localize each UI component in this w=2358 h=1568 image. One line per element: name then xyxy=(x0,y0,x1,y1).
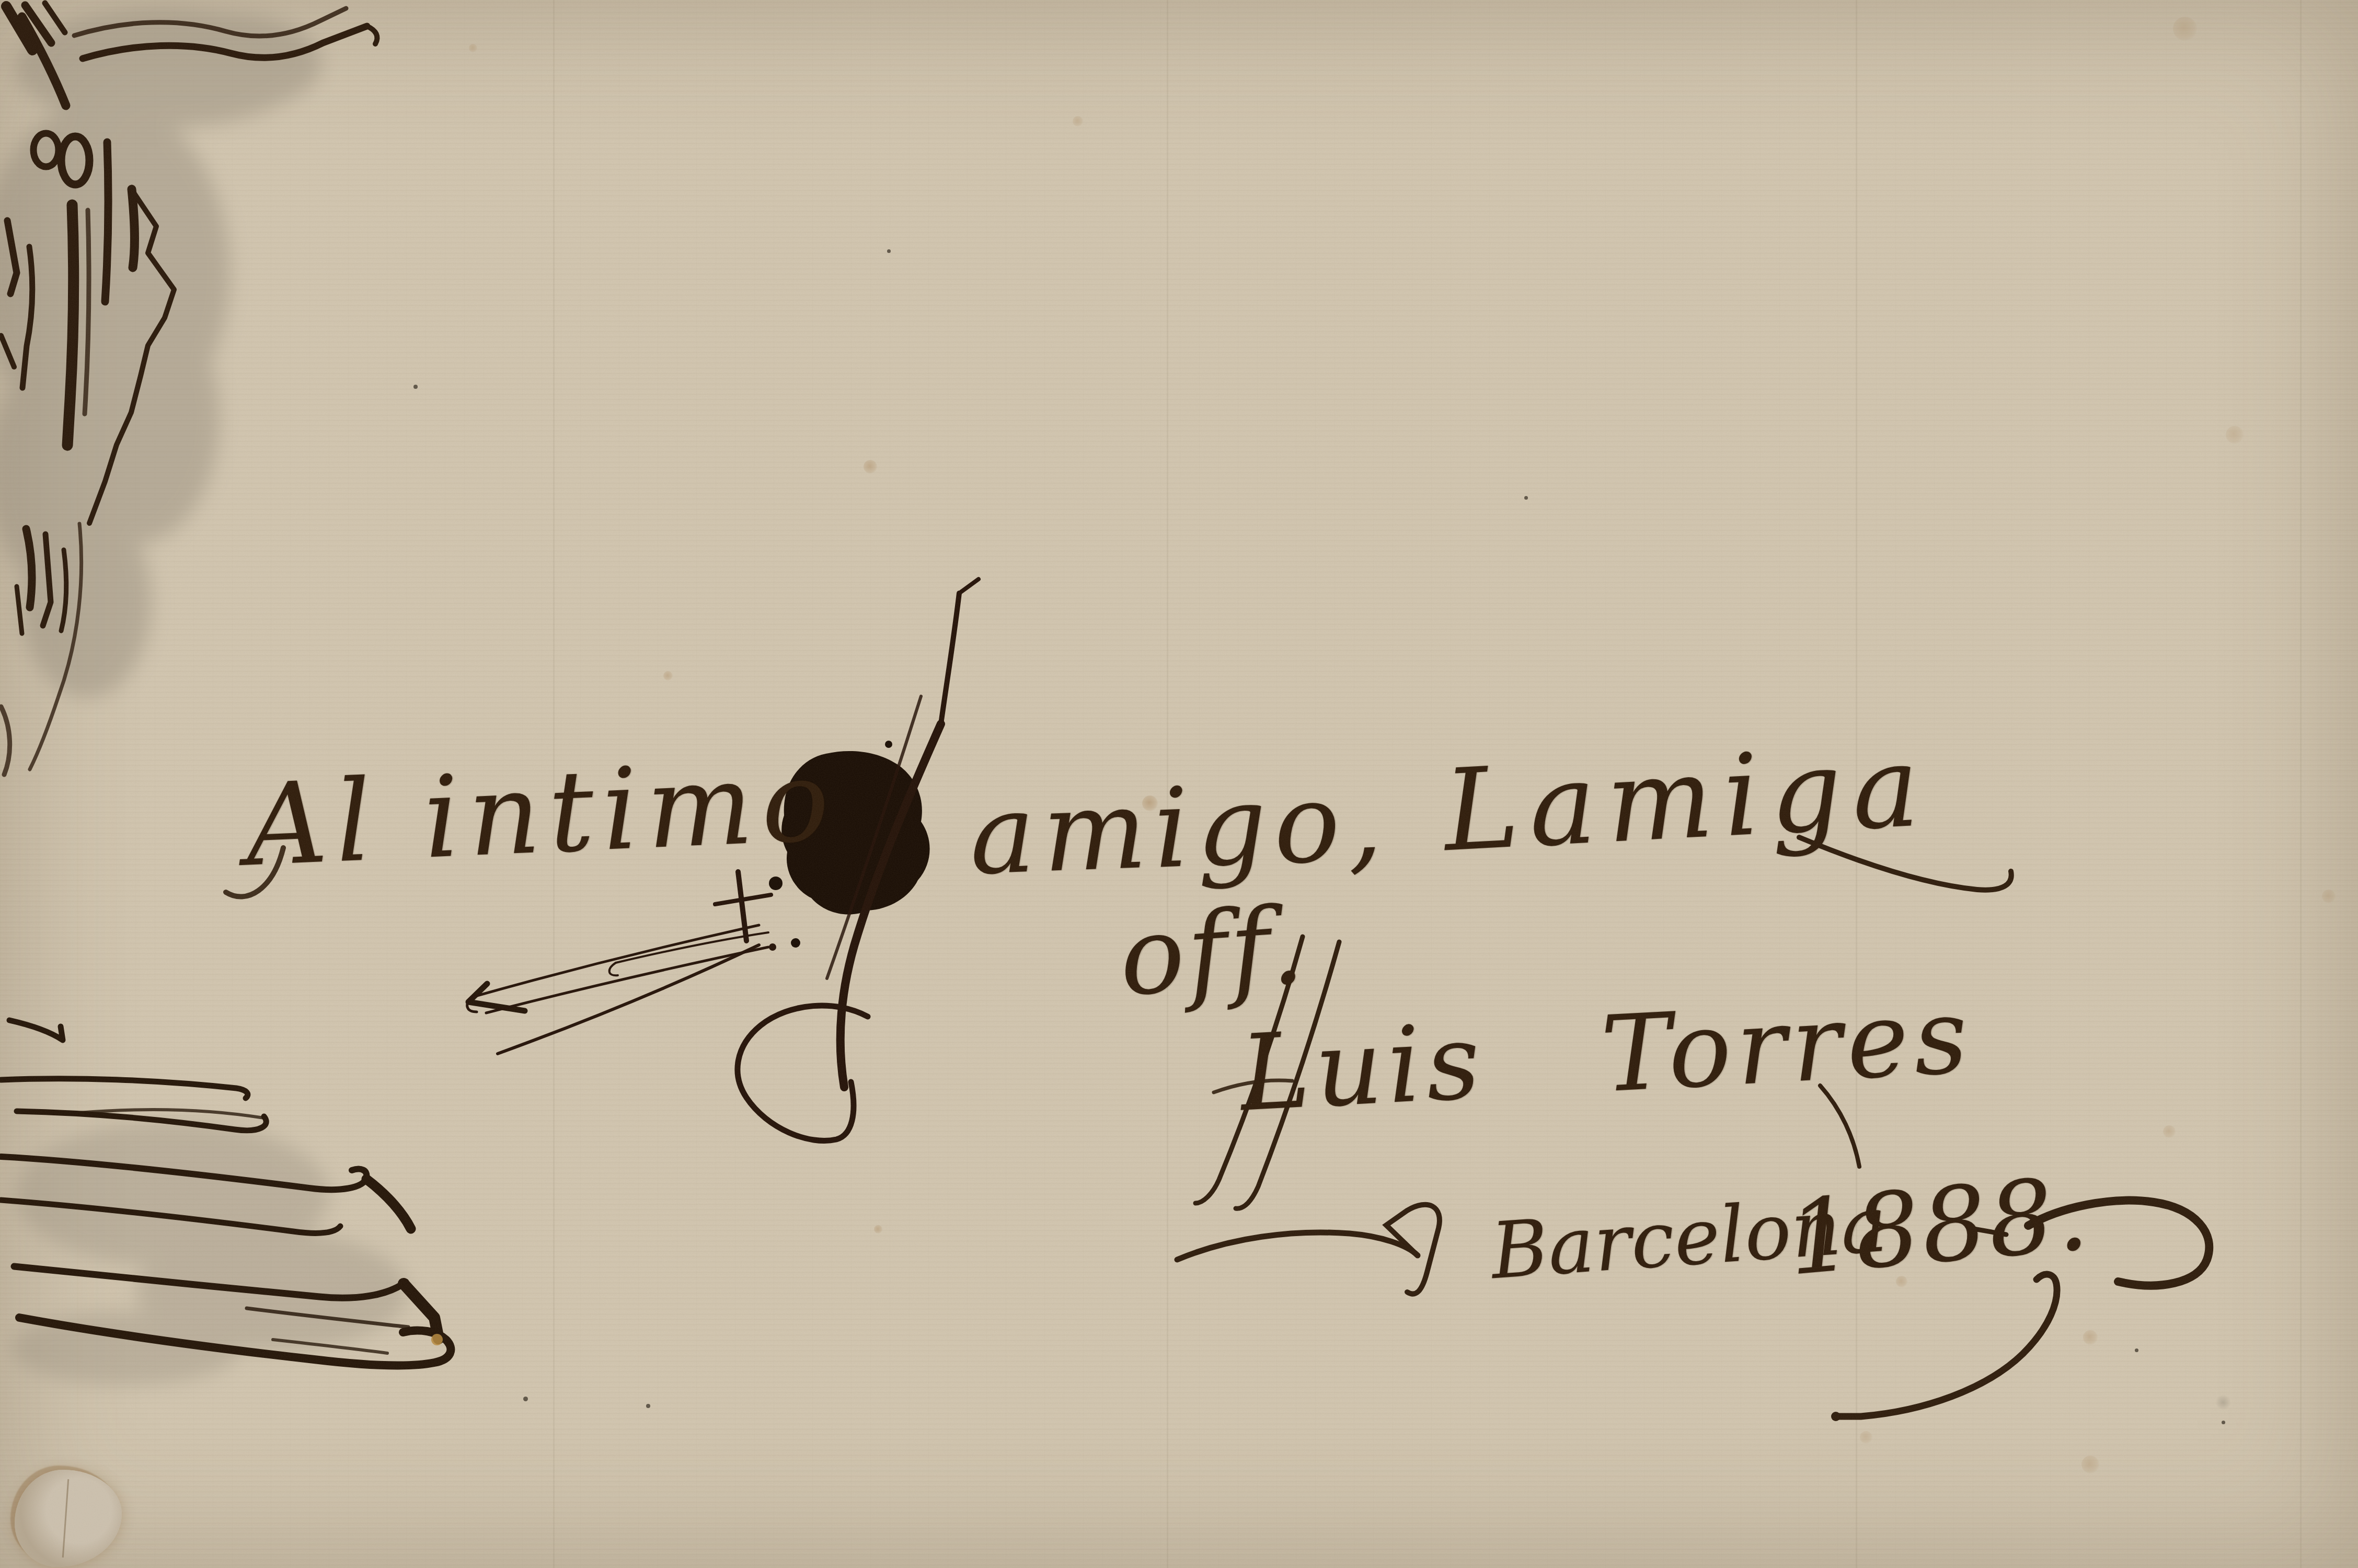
gray-smudge xyxy=(2215,1394,2231,1410)
ink-speck xyxy=(413,385,418,389)
foxing-spot xyxy=(2226,426,2244,444)
paper-crack xyxy=(62,1479,69,1558)
foxing-spot xyxy=(469,44,477,52)
ink-speck xyxy=(646,1404,650,1408)
inscription-line1-mid: amigo, xyxy=(968,757,1391,900)
ink-speck xyxy=(887,249,891,253)
inscription-line1-left: Al intimo xyxy=(243,734,840,891)
ink-speck xyxy=(2222,1421,2225,1424)
ink-speck xyxy=(2135,1348,2138,1352)
foxing-spot xyxy=(864,460,877,474)
foxing-spot xyxy=(2083,1330,2098,1345)
inscription-line1-right: Lamiga xyxy=(1441,720,1933,877)
ink-speck xyxy=(1524,496,1528,500)
foxing-spot xyxy=(874,1225,882,1233)
paper-chain-line xyxy=(2300,0,2302,1568)
foxing-spot xyxy=(2173,17,2197,41)
manuscript-page: Al intimo amigo, Lamiga off. Luis Torres… xyxy=(0,0,2358,1568)
ink-speck xyxy=(523,1397,528,1401)
foxing-spot xyxy=(663,671,673,681)
inscription-line2: off. xyxy=(1115,883,1310,1020)
foxing-spot xyxy=(2322,890,2336,903)
foxing-spot xyxy=(1860,1431,1872,1444)
foxing-spot xyxy=(2081,1456,2099,1473)
foxing-spot xyxy=(1073,116,1083,126)
foxing-spot xyxy=(2163,1125,2176,1138)
